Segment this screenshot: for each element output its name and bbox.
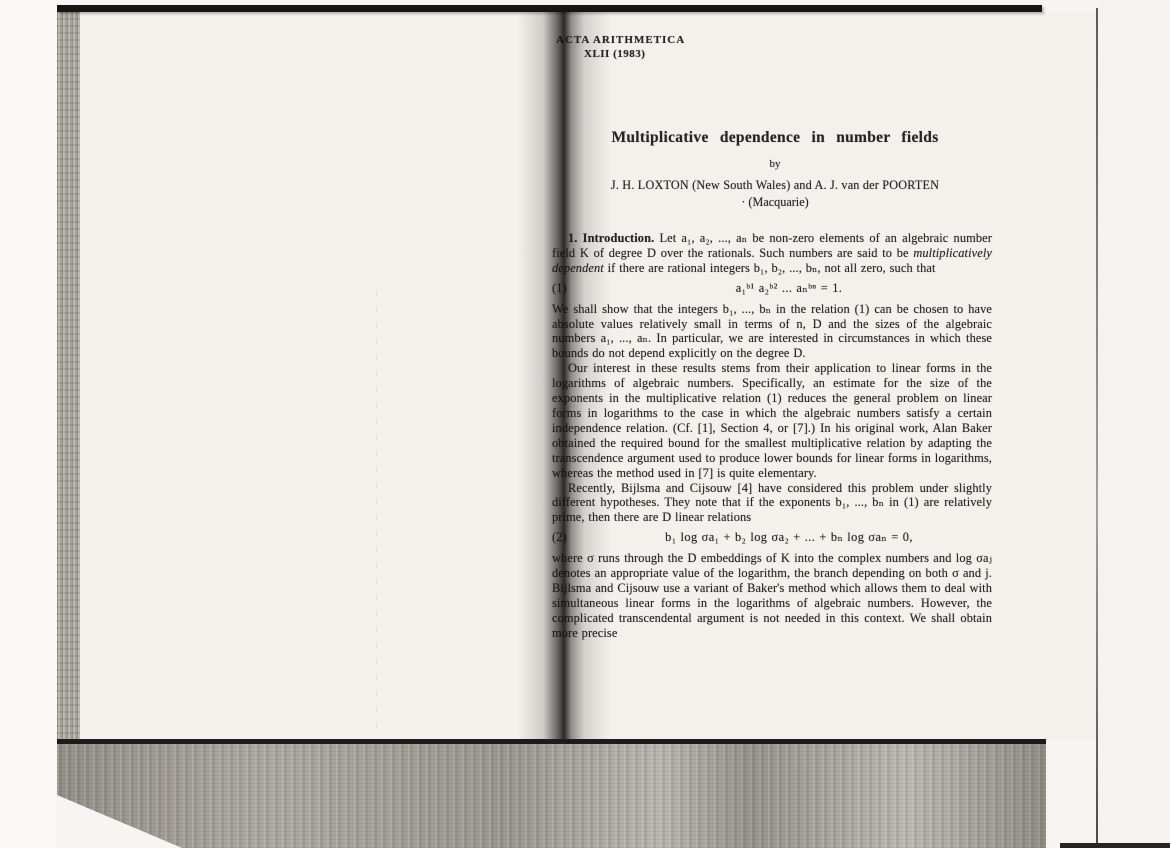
paragraph-2: We shall show that the integers b₁, ...,… <box>552 302 992 362</box>
byline: by <box>552 158 998 170</box>
journal-name: ACTA ARITHMETICA <box>556 34 685 46</box>
paragraph-5: where σ runs through the D embeddings of… <box>552 551 992 640</box>
equation-1-label: (1) <box>552 281 586 296</box>
page-crease-mark <box>376 288 377 728</box>
authors-line: J. H. LOXTON (New South Wales) and A. J.… <box>552 178 998 193</box>
article-title: Multiplicative dependence in number fiel… <box>552 129 998 147</box>
scanned-book-spread: ACTA ARITHMETICA XLII (1983) Multiplicat… <box>0 0 1170 848</box>
scan-top-edge-bar <box>57 5 1042 12</box>
scanner-bed-band <box>57 744 1046 848</box>
book-spine-strip <box>57 12 80 741</box>
equation-2-formula: b₁ log σa₁ + b₂ log σa₂ + ... + bₙ log σ… <box>586 530 992 545</box>
scan-left-margin <box>0 0 57 848</box>
paragraph-introduction: 1. Introduction. Let a₁, a₂, ..., aₙ be … <box>552 231 992 276</box>
title-block: Multiplicative dependence in number fiel… <box>552 129 998 210</box>
left-blank-page <box>80 12 560 741</box>
paragraph-4: Recently, Bijlsma and Cijsouw [4] have c… <box>552 481 992 526</box>
journal-header: ACTA ARITHMETICA XLII (1983) <box>556 33 685 61</box>
journal-volume: XLII (1983) <box>556 47 685 61</box>
right-page-edge-line <box>1096 8 1098 846</box>
equation-1: (1) a₁ᵇ¹ a₂ᵇ² ... aₙᵇⁿ = 1. <box>552 281 992 296</box>
equation-2-label: (2) <box>552 530 586 545</box>
bottom-right-dark-edge <box>1060 843 1170 848</box>
scan-right-margin <box>1097 0 1170 848</box>
article-body: 1. Introduction. Let a₁, a₂, ..., aₙ be … <box>552 231 992 641</box>
paragraph-text: if there are rational integers b₁, b₂, .… <box>604 261 936 275</box>
affiliation-line: · (Macquarie) <box>552 195 998 210</box>
equation-2: (2) b₁ log σa₁ + b₂ log σa₂ + ... + bₙ l… <box>552 530 992 545</box>
page-bottom-edge-rule <box>57 739 1046 744</box>
paragraph-3: Our interest in these results stems from… <box>552 361 992 480</box>
section-heading: 1. Introduction. <box>568 231 654 245</box>
equation-1-formula: a₁ᵇ¹ a₂ᵇ² ... aₙᵇⁿ = 1. <box>586 281 992 296</box>
